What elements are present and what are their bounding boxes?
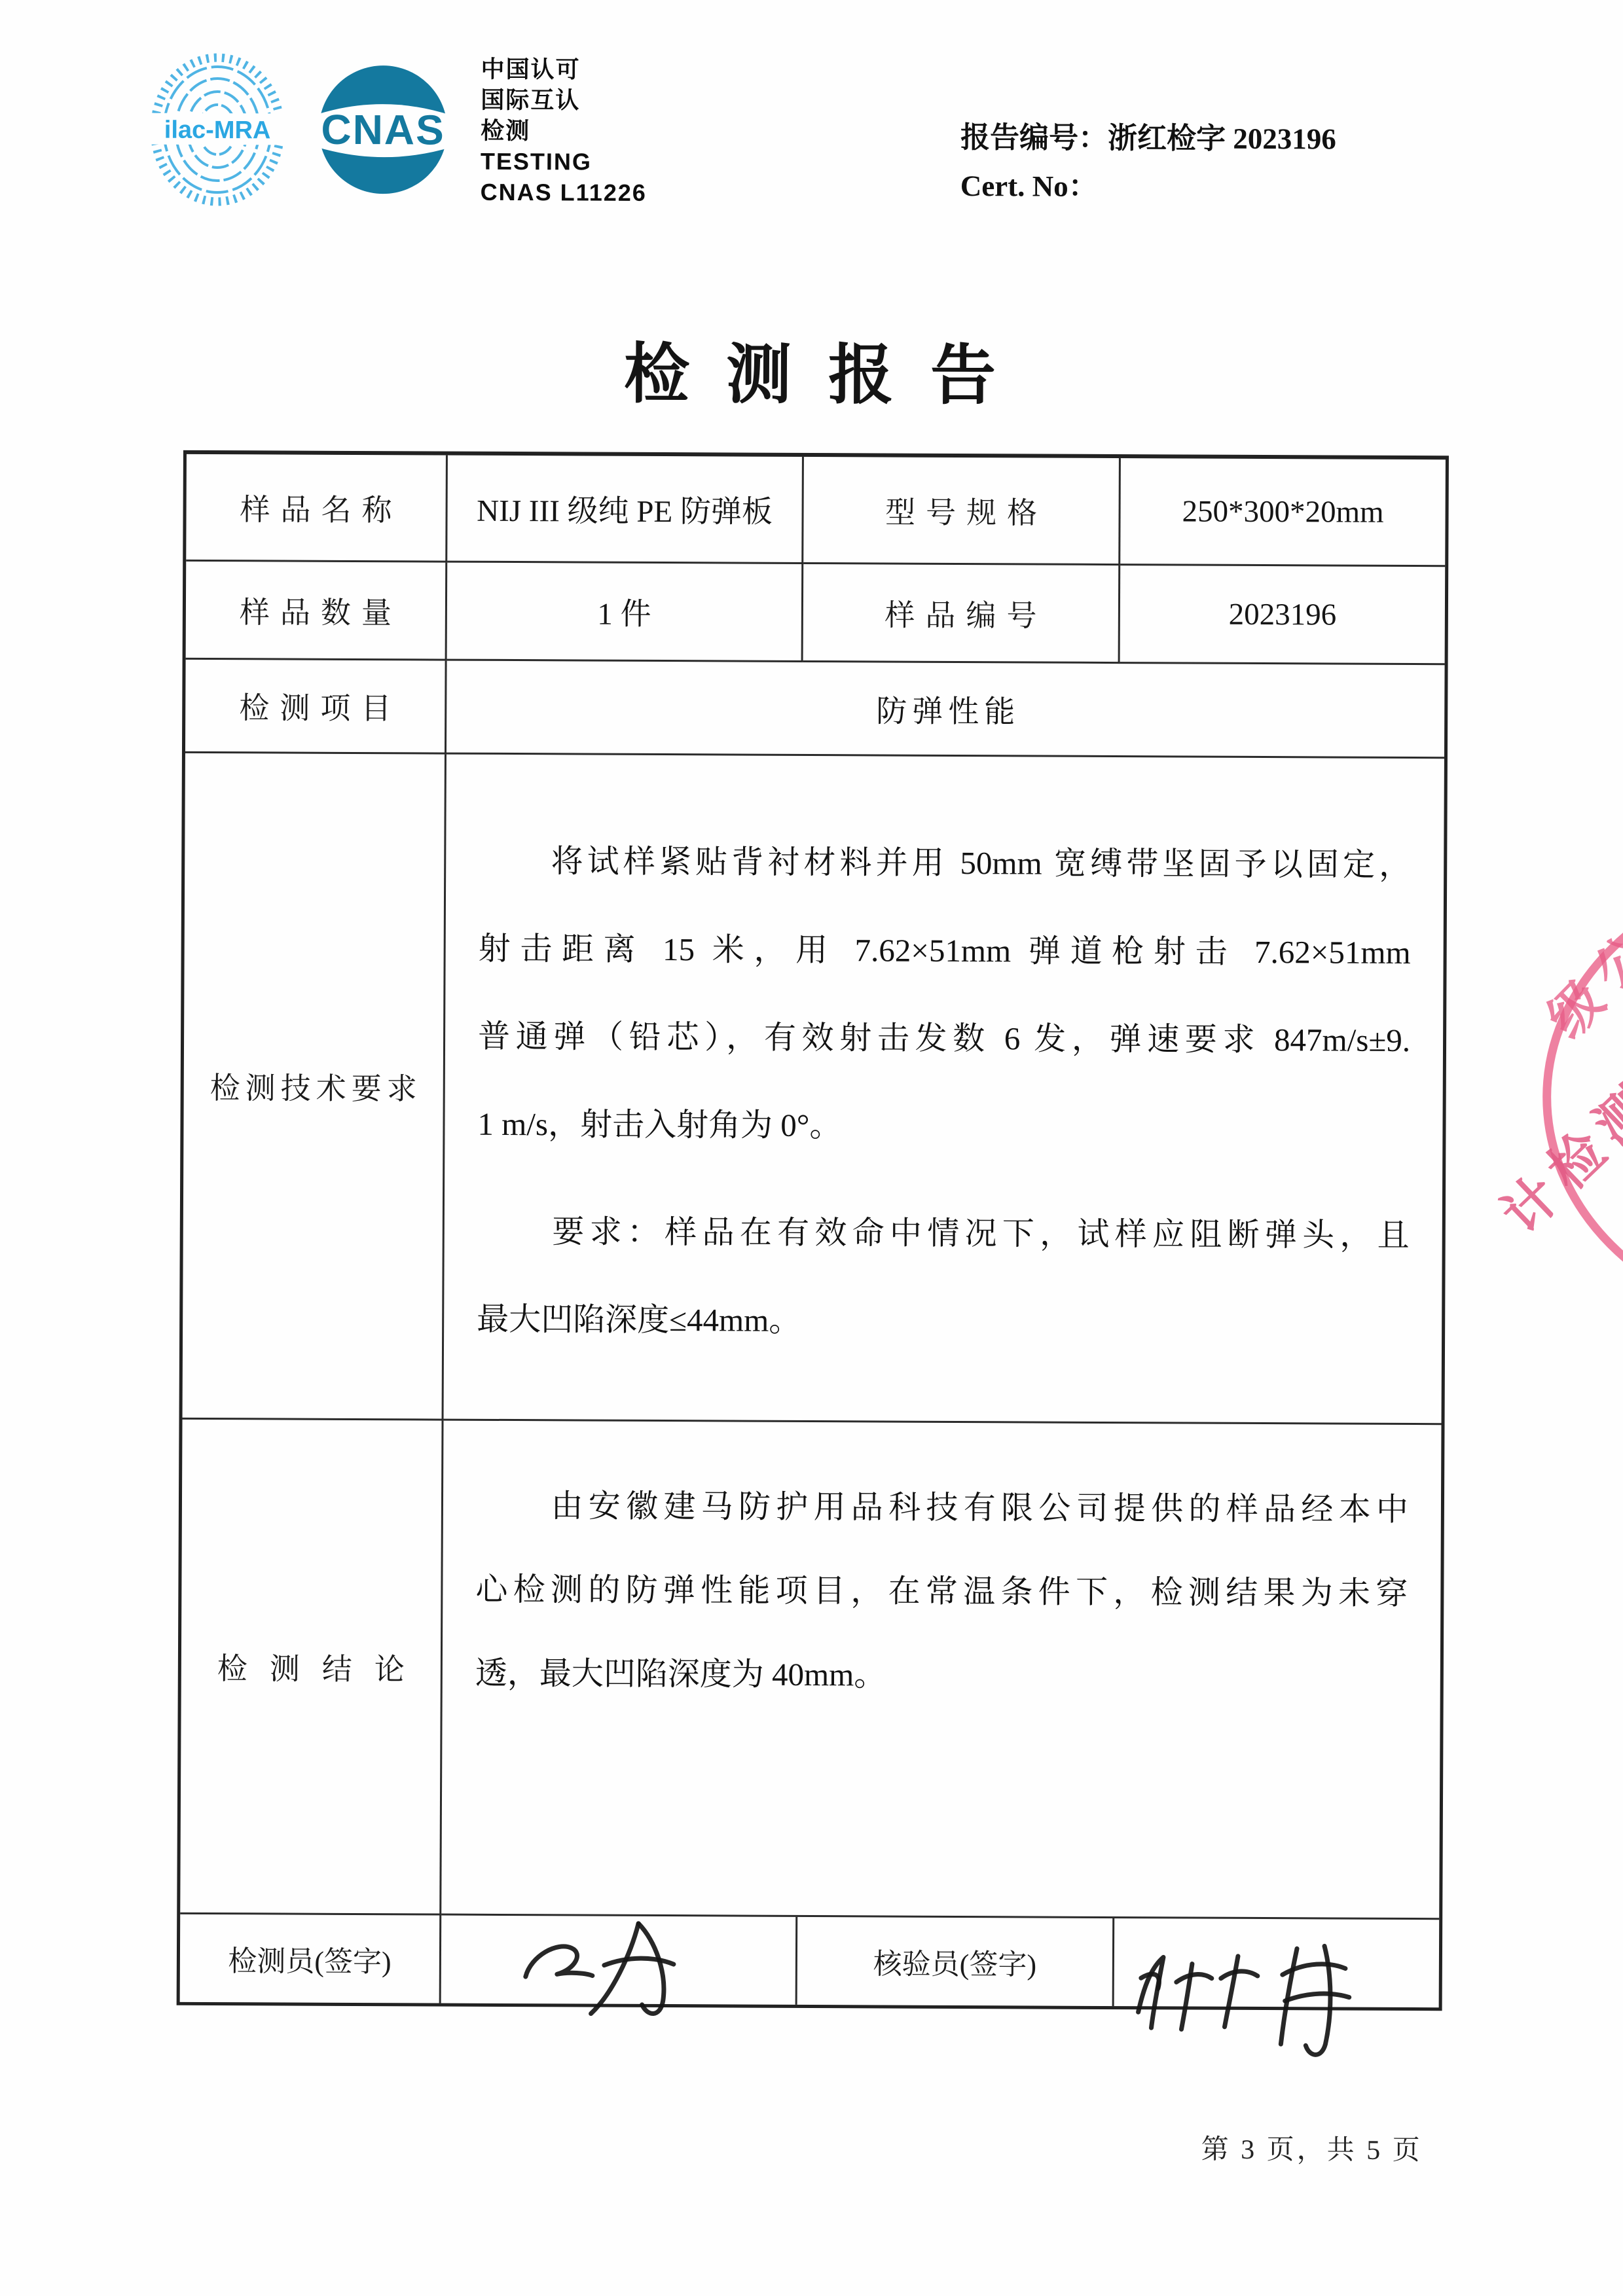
red-seal-stamp: 级公 计检测 (1513, 893, 1619, 1300)
checker-signature-label: 核验员(签字) (797, 1917, 1115, 2006)
tech-requirements-label: 检测技术要求 (183, 753, 447, 1421)
sample-quantity-label: 样品数量 (186, 562, 448, 661)
test-items-value: 防弹性能 (447, 661, 1445, 759)
stamp-text-fragment: 级公 (1538, 915, 1623, 1049)
page-indicator: 第 3 页，共 5 页 (1201, 2128, 1423, 2168)
accreditation-line: 国际互认 (481, 84, 647, 116)
checker-signature (1118, 1914, 1400, 2079)
accreditation-line: 中国认可 (481, 54, 647, 85)
conclusion-line: 心检测的防弹性能项目，在常温条件下，检测结果为未穿 (475, 1548, 1408, 1636)
test-items-label: 检测项目 (185, 660, 447, 755)
model-spec-value: 250*300*20mm (1120, 458, 1446, 567)
tech-line: 射击距离 15 米，用 7.62×51mm 弹道枪射击 7.62×51mm (478, 905, 1411, 997)
report-number-block: 报告编号：浙红检字 2023196 Cert. No： (960, 113, 1336, 212)
accreditation-line: TESTING (481, 146, 647, 177)
sample-number-label: 样品编号 (803, 564, 1121, 664)
tech-line: 1 m/s，射击入射角为 0°。 (477, 1081, 1410, 1172)
conclusion-line: 透，最大凹陷深度为 40mm。 (475, 1632, 1408, 1719)
sample-name-value: NIJ III 级纯 PE 防弹板 (447, 456, 804, 564)
ilac-mra-logo-icon: ilac-MRA (149, 54, 287, 205)
conclusion-line: 由安徽建马防护用品科技有限公司提供的样品经本中 (476, 1464, 1409, 1552)
cnas-logo-icon: CNAS (316, 63, 451, 198)
tester-signature-label: 检测员(签字) (180, 1914, 442, 2003)
tech-line: 最大凹陷深度≤44mm。 (477, 1276, 1410, 1367)
tester-signature (501, 1905, 718, 2026)
scanned-sheet: ilac-MRA CNAS 中国认可 国际互认 检测 TESTING CNAS … (0, 0, 1623, 2296)
sample-number-value: 2023196 (1120, 565, 1446, 665)
report-page: ilac-MRA CNAS 中国认可 国际互认 检测 TESTING CNAS … (0, 0, 1623, 2296)
conclusion-label: 检测结论 (180, 1420, 443, 1916)
tech-line: 要求：样品在有效命中情况下，试样应阻断弹头，且 (477, 1188, 1410, 1280)
sample-quantity-value: 1 件 (447, 563, 804, 662)
cert-number-line: Cert. No： (960, 162, 1336, 212)
report-number-line: 报告编号：浙红检字 2023196 (960, 113, 1336, 164)
accreditation-block: ilac-MRA CNAS 中国认可 国际互认 检测 TESTING CNAS … (149, 52, 647, 208)
model-spec-label: 型号规格 (803, 457, 1121, 565)
sample-name-label: 样品名称 (186, 454, 448, 563)
stamp-text-fragment: 计检测 (1491, 1069, 1623, 1246)
red-seal-stamp-icon: 级公 计检测 (1513, 893, 1619, 1300)
report-title: 检测报告 (0, 319, 1622, 420)
report-table: 样品名称 NIJ III 级纯 PE 防弹板 型号规格 250*300*20mm… (177, 450, 1449, 2011)
ilac-mra-wordmark: ilac-MRA (164, 116, 271, 144)
cnas-wordmark: CNAS (321, 106, 445, 154)
tech-line: 将试样紧贴背衬材料并用 50mm 宽缚带坚固予以固定， (479, 817, 1412, 909)
accreditation-line: CNAS L11226 (481, 177, 647, 208)
accreditation-text: 中国认可 国际互认 检测 TESTING CNAS L11226 (481, 54, 647, 208)
conclusion-text: 由安徽建马防护用品科技有限公司提供的样品经本中 心检测的防弹性能项目，在常温条件… (441, 1421, 1441, 1920)
tech-line: 普通弹（铅芯），有效射击发数 6 发，弹速要求 847m/s±9. (478, 993, 1411, 1085)
accreditation-line: 检测 (481, 115, 647, 147)
tech-requirements-text: 将试样紧贴背衬材料并用 50mm 宽缚带坚固予以固定， 射击距离 15 米，用 … (444, 755, 1444, 1426)
